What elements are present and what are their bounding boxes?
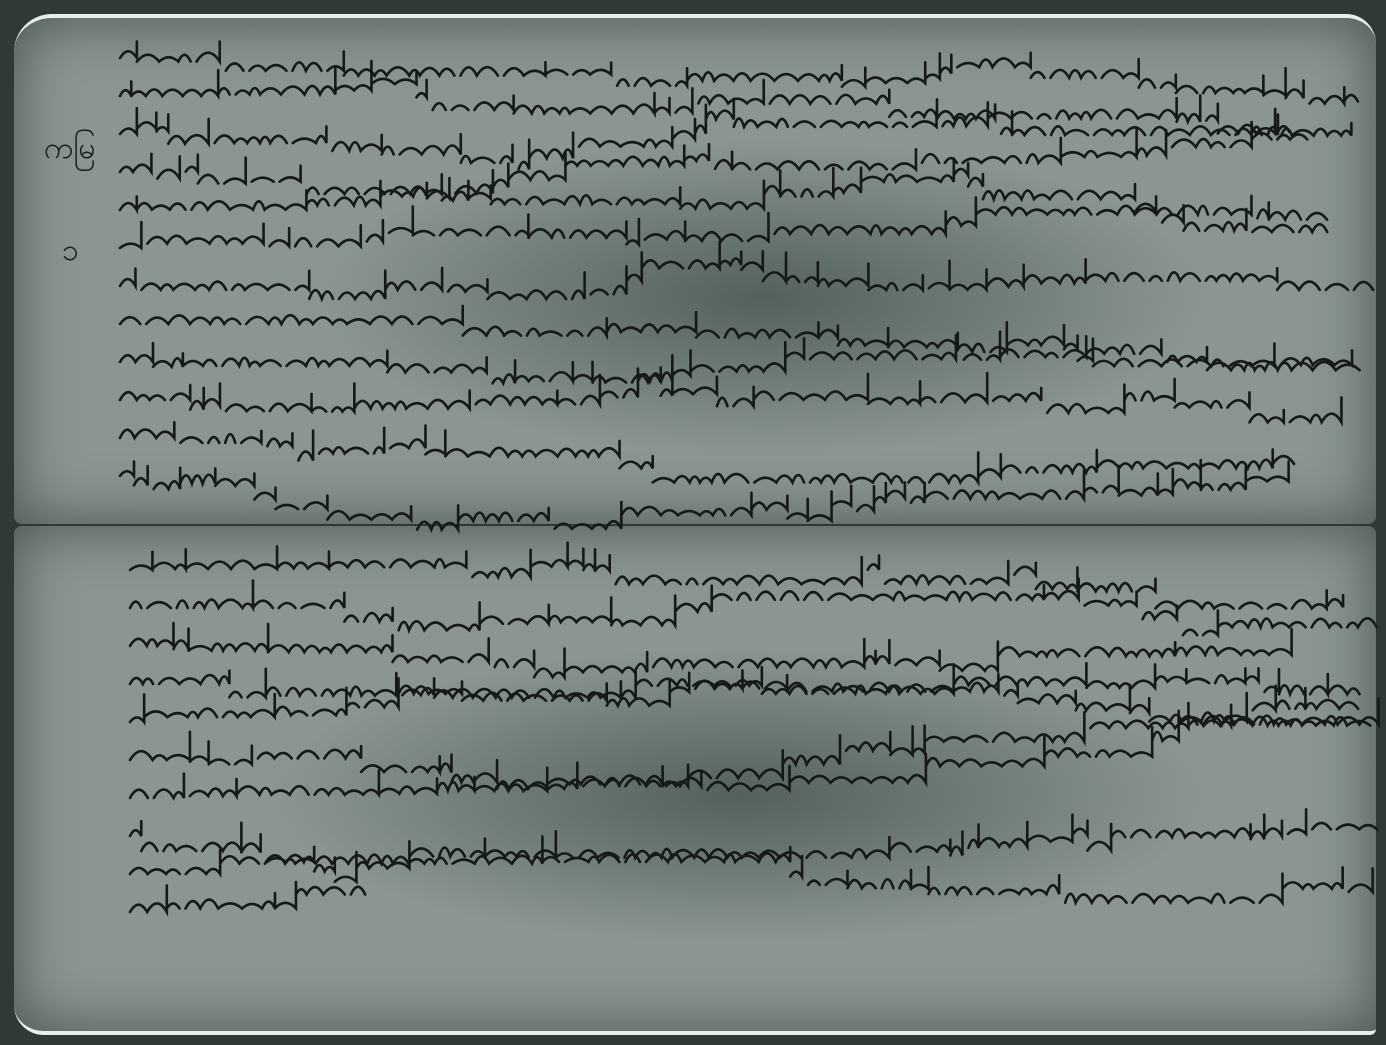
handwritten-script-lines: [0, 0, 1386, 1045]
